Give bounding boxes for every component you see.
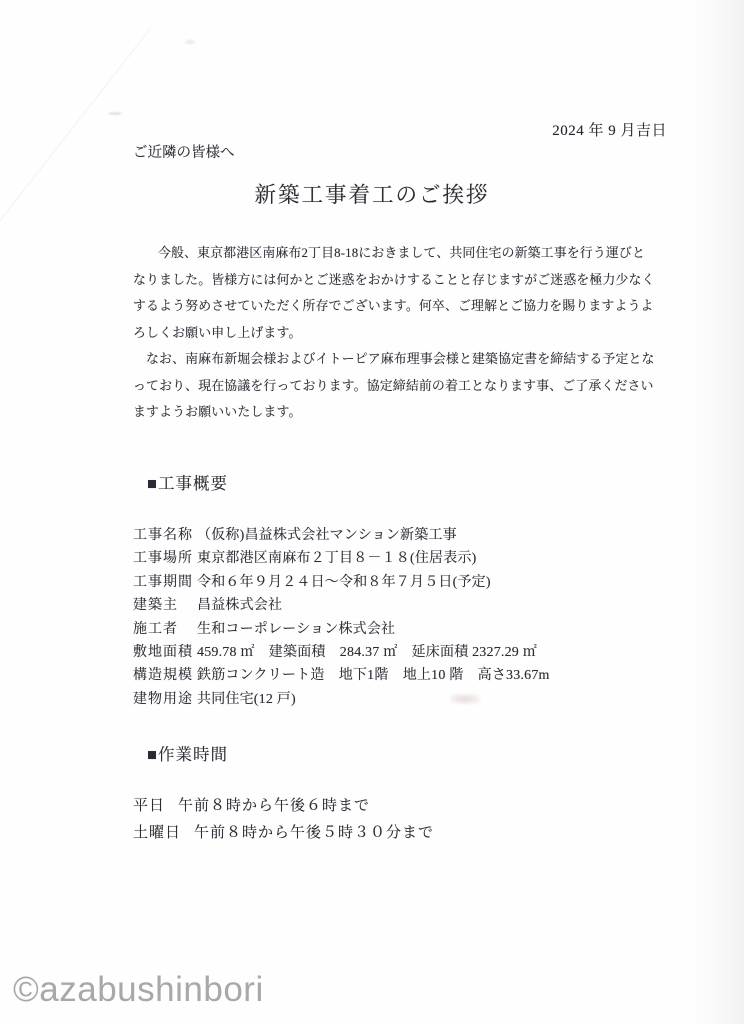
overview-label: 構造規模 bbox=[133, 664, 197, 687]
overview-row: 工事名称（仮称)昌益株式会社マンション新築工事 bbox=[133, 524, 550, 547]
overview-label: 建物用途 bbox=[133, 688, 197, 711]
work-hours-time: 午前８時から午後６時まで bbox=[178, 798, 370, 814]
overview-row: 構造規模鉄筋コンクリート造 地下1階 地上10 階 高さ33.67m bbox=[133, 664, 550, 687]
section-header-construction-overview: ■工事概要 bbox=[147, 470, 228, 494]
scanned-letter-page: 2024 年 9 月吉日 ご近隣の皆様へ 新築工事着工のご挨拶 今般、東京都港区… bbox=[0, 0, 744, 1024]
paragraph-2: なお、南麻布新堀会様およびイトーピア麻布理事会様と建築協定書を締結する予定とな … bbox=[133, 346, 655, 426]
overview-row: 工事期間令和６年９月２４日～令和８年７月５日(予定) bbox=[133, 571, 550, 594]
paragraph-line: ますようお願いいたします。 bbox=[133, 399, 655, 426]
work-hours-list: 平日午前８時から午後６時まで 土曜日午前８時から午後５時３０分まで bbox=[133, 793, 434, 847]
watermark-credit: ©azabushinbori bbox=[13, 970, 264, 1010]
overview-row: 施工者生和コーポレーション株式会社 bbox=[133, 618, 550, 641]
overview-label: 工事名称 bbox=[133, 524, 197, 547]
paragraph-line: なりました。皆様方には何かとご迷惑をおかけすることと存じますがご迷惑を極力少なく bbox=[133, 267, 655, 294]
overview-row: 建築主昌益株式会社 bbox=[133, 594, 550, 617]
overview-label: 建築主 bbox=[133, 594, 197, 617]
paragraph-line: っており、現在協議を行っております。協定締結前の着工となります事、ご了承ください bbox=[133, 373, 655, 400]
paragraph-line: 今般、東京都港区南麻布2丁目8-18におきまして、共同住宅の新築工事を行う運びと bbox=[133, 240, 655, 267]
work-hours-time: 午前８時から午後５時３０分まで bbox=[194, 825, 434, 841]
scan-edge-shadow bbox=[692, 0, 744, 1024]
addressee-line: ご近隣の皆様へ bbox=[133, 141, 235, 162]
overview-value: （仮称)昌益株式会社マンション新築工事 bbox=[197, 528, 457, 543]
work-hours-day: 平日 bbox=[133, 798, 165, 814]
overview-label: 工事場所 bbox=[133, 547, 197, 570]
letter-title: 新築工事着工のご挨拶 bbox=[0, 178, 744, 209]
overview-label: 敷地面積 bbox=[133, 641, 197, 664]
section-header-work-hours: ■作業時間 bbox=[147, 741, 228, 765]
scan-speck-artifact bbox=[108, 112, 122, 115]
overview-row: 工事場所東京都港区南麻布２丁目８－１８(住居表示) bbox=[133, 547, 550, 570]
work-hours-row: 平日午前８時から午後６時まで bbox=[133, 793, 434, 820]
scan-smudge-artifact bbox=[450, 694, 480, 704]
work-hours-row: 土曜日午前８時から午後５時３０分まで bbox=[133, 820, 434, 847]
overview-value: 鉄筋コンクリート造 地下1階 地上10 階 高さ33.67m bbox=[197, 668, 550, 683]
overview-label: 施工者 bbox=[133, 618, 197, 641]
scan-speck-artifact bbox=[185, 40, 195, 44]
overview-value: 昌益株式会社 bbox=[197, 598, 282, 613]
overview-value: 459.78 ㎡ 建築面積 284.37 ㎡ 延床面積 2327.29 ㎡ bbox=[197, 645, 537, 660]
work-hours-day: 土曜日 bbox=[133, 825, 181, 841]
overview-value: 生和コーポレーション株式会社 bbox=[197, 622, 395, 637]
construction-overview-list: 工事名称（仮称)昌益株式会社マンション新築工事 工事場所東京都港区南麻布２丁目８… bbox=[133, 524, 550, 711]
paragraph-line: なお、南麻布新堀会様およびイトーピア麻布理事会様と建築協定書を締結する予定とな bbox=[133, 346, 655, 373]
overview-row: 敷地面積459.78 ㎡ 建築面積 284.37 ㎡ 延床面積 2327.29 … bbox=[133, 641, 550, 664]
paragraph-line: ろしくお願い申し上げます。 bbox=[133, 320, 655, 347]
overview-value: 令和６年９月２４日～令和８年７月５日(予定) bbox=[197, 575, 491, 590]
overview-value: 共同住宅(12 戸) bbox=[197, 692, 296, 707]
paragraph-line: するよう努めさせていただく所存でございます。何卒、ご理解とご協力を賜りますようよ bbox=[133, 293, 655, 320]
paragraph-1: 今般、東京都港区南麻布2丁目8-18におきまして、共同住宅の新築工事を行う運びと… bbox=[133, 240, 655, 346]
letter-date: 2024 年 9 月吉日 bbox=[552, 119, 667, 140]
overview-value: 東京都港区南麻布２丁目８－１８(住居表示) bbox=[197, 551, 477, 566]
overview-label: 工事期間 bbox=[133, 571, 197, 594]
overview-row: 建物用途共同住宅(12 戸) bbox=[133, 688, 550, 711]
